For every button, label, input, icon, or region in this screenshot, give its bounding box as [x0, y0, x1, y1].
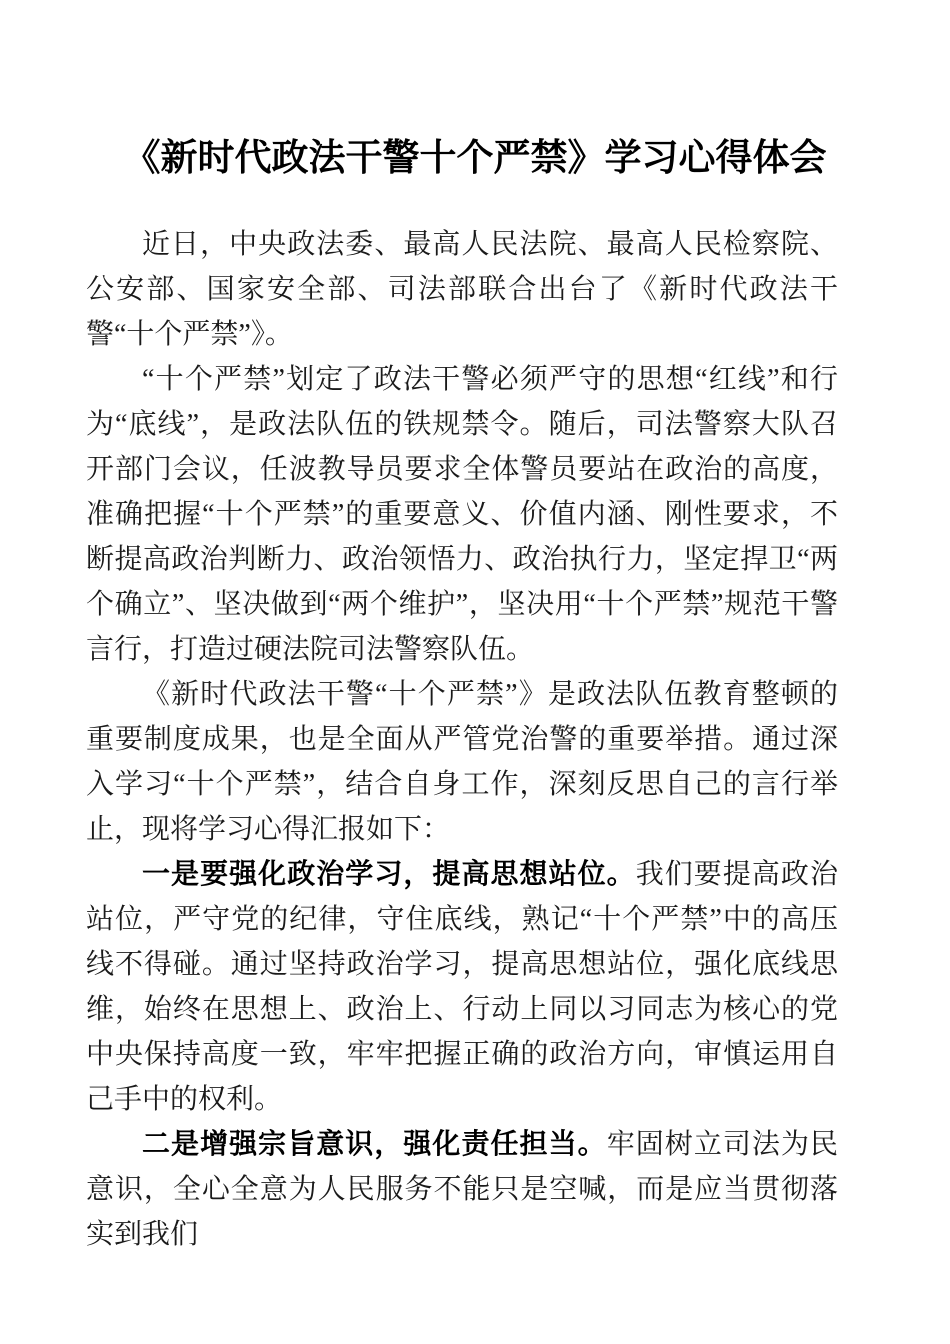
paragraph: 二是增强宗旨意识，强化责任担当。牢固树立司法为民意识，全心全意为人民服务不能只是…: [86, 1122, 838, 1257]
paragraph: 近日，中央政法委、最高人民法院、最高人民检察院、公安部、国家安全部、司法部联合出…: [86, 222, 838, 357]
document-page: 《新时代政法干警十个严禁》学习心得体会 近日，中央政法委、最高人民法院、最高人民…: [0, 0, 950, 1344]
paragraph-lead: 一是要强化政治学习，提高思想站位。: [142, 859, 636, 890]
paragraph-text: 近日，中央政法委、最高人民法院、最高人民检察院、公安部、国家安全部、司法部联合出…: [86, 229, 838, 350]
paragraph: 一是要强化政治学习，提高思想站位。我们要提高政治站位，严守党的纪律，守住底线，熟…: [86, 852, 838, 1122]
document-body: 近日，中央政法委、最高人民法院、最高人民检察院、公安部、国家安全部、司法部联合出…: [86, 222, 838, 1257]
paragraph: 《新时代政法干警“十个严禁”》是政法队伍教育整顿的重要制度成果，也是全面从严管党…: [86, 672, 838, 852]
paragraph: “十个严禁”划定了政法干警必须严守的思想“红线”和行为“底线”，是政法队伍的铁规…: [86, 357, 838, 672]
document-title: 《新时代政法干警十个严禁》学习心得体会: [0, 0, 950, 186]
paragraph-text: 《新时代政法干警“十个严禁”》是政法队伍教育整顿的重要制度成果，也是全面从严管党…: [86, 679, 838, 845]
paragraph-lead: 二是增强宗旨意识，强化责任担当。: [142, 1129, 607, 1160]
paragraph-text: “十个严禁”划定了政法干警必须严守的思想“红线”和行为“底线”，是政法队伍的铁规…: [86, 364, 838, 665]
paragraph-text: 我们要提高政治站位，严守党的纪律，守住底线，熟记“十个严禁”中的高压线不得碰。通…: [86, 859, 838, 1115]
